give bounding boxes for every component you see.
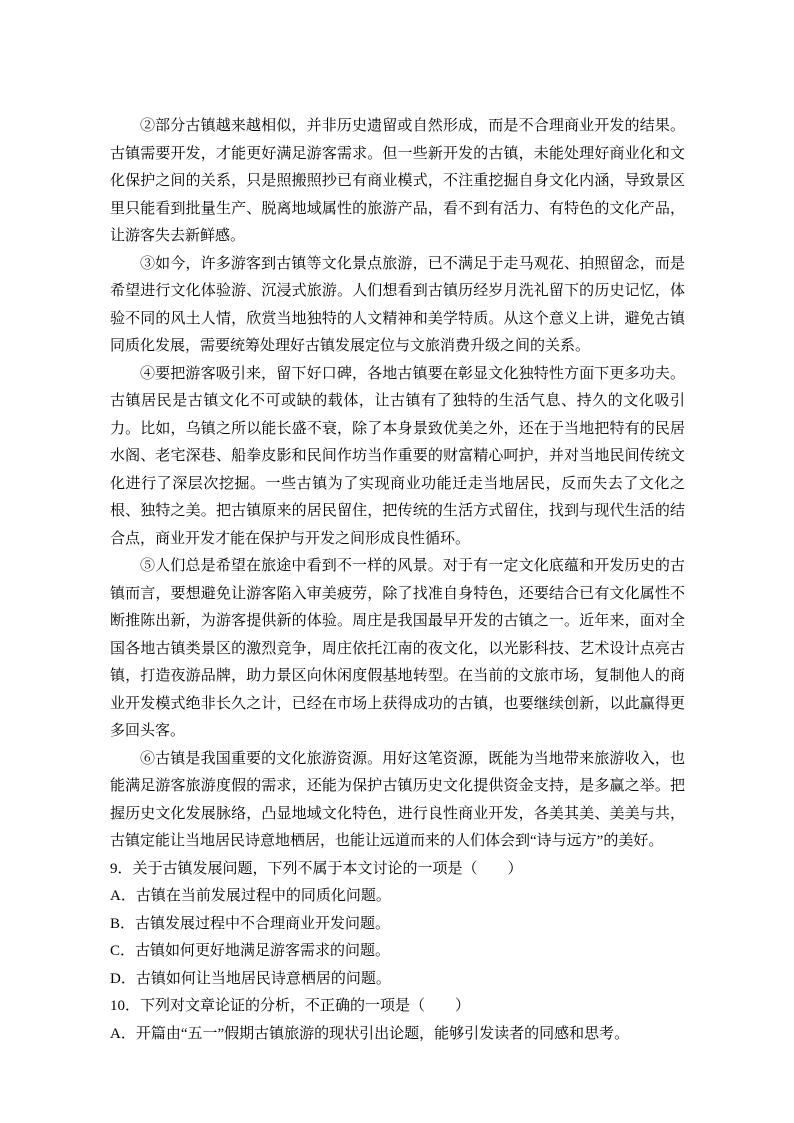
question-10-option-a: A．开篇由“五一”假期古镇旅游的现状引出论题，能够引发读者的同感和思考。: [110, 1021, 685, 1049]
article-paragraph-3: ③如今，许多游客到古镇等文化景点旅游，已不满足于走马观花、拍照留念，而是希望进行…: [110, 251, 685, 361]
article-paragraph-4: ④要把游客吸引来，留下好口碑，各地古镇要在彰显文化独特性方面下更多功夫。古镇居民…: [110, 361, 685, 554]
article-paragraph-6: ⑥古镇是我国重要的文化旅游资源。用好这笔资源，既能为当地带来旅游收入，也能满足游…: [110, 746, 685, 856]
questions-section: 9．关于古镇发展问题，下列不属于本文讨论的一项是（ ） A．古镇在当前发展过程中…: [110, 856, 685, 1049]
question-9-option-c: C．古镇如何更好地满足游客需求的问题。: [110, 938, 685, 966]
question-9-option-b: B．古镇发展过程中不合理商业开发问题。: [110, 911, 685, 939]
question-9-option-a: A．古镇在当前发展过程中的同质化问题。: [110, 883, 685, 911]
article-paragraph-5: ⑤人们总是希望在旅途中看到不一样的风景。对于有一定文化底蕴和开发历史的古镇而言，…: [110, 553, 685, 746]
document-page: ②部分古镇越来越相似，并非历史遗留或自然形成，而是不合理商业开发的结果。古镇需要…: [0, 0, 794, 1123]
question-9-option-d: D．古镇如何让当地居民诗意栖居的问题。: [110, 966, 685, 994]
question-9-stem: 9．关于古镇发展问题，下列不属于本文讨论的一项是（ ）: [110, 856, 685, 884]
question-10: 10．下列对文章论证的分析，不正确的一项是（ ） A．开篇由“五一”假期古镇旅游…: [110, 993, 685, 1048]
question-9: 9．关于古镇发展问题，下列不属于本文讨论的一项是（ ） A．古镇在当前发展过程中…: [110, 856, 685, 994]
article-paragraph-2: ②部分古镇越来越相似，并非历史遗留或自然形成，而是不合理商业开发的结果。古镇需要…: [110, 113, 685, 251]
article-body: ②部分古镇越来越相似，并非历史遗留或自然形成，而是不合理商业开发的结果。古镇需要…: [110, 113, 685, 856]
question-10-stem: 10．下列对文章论证的分析，不正确的一项是（ ）: [110, 993, 685, 1021]
